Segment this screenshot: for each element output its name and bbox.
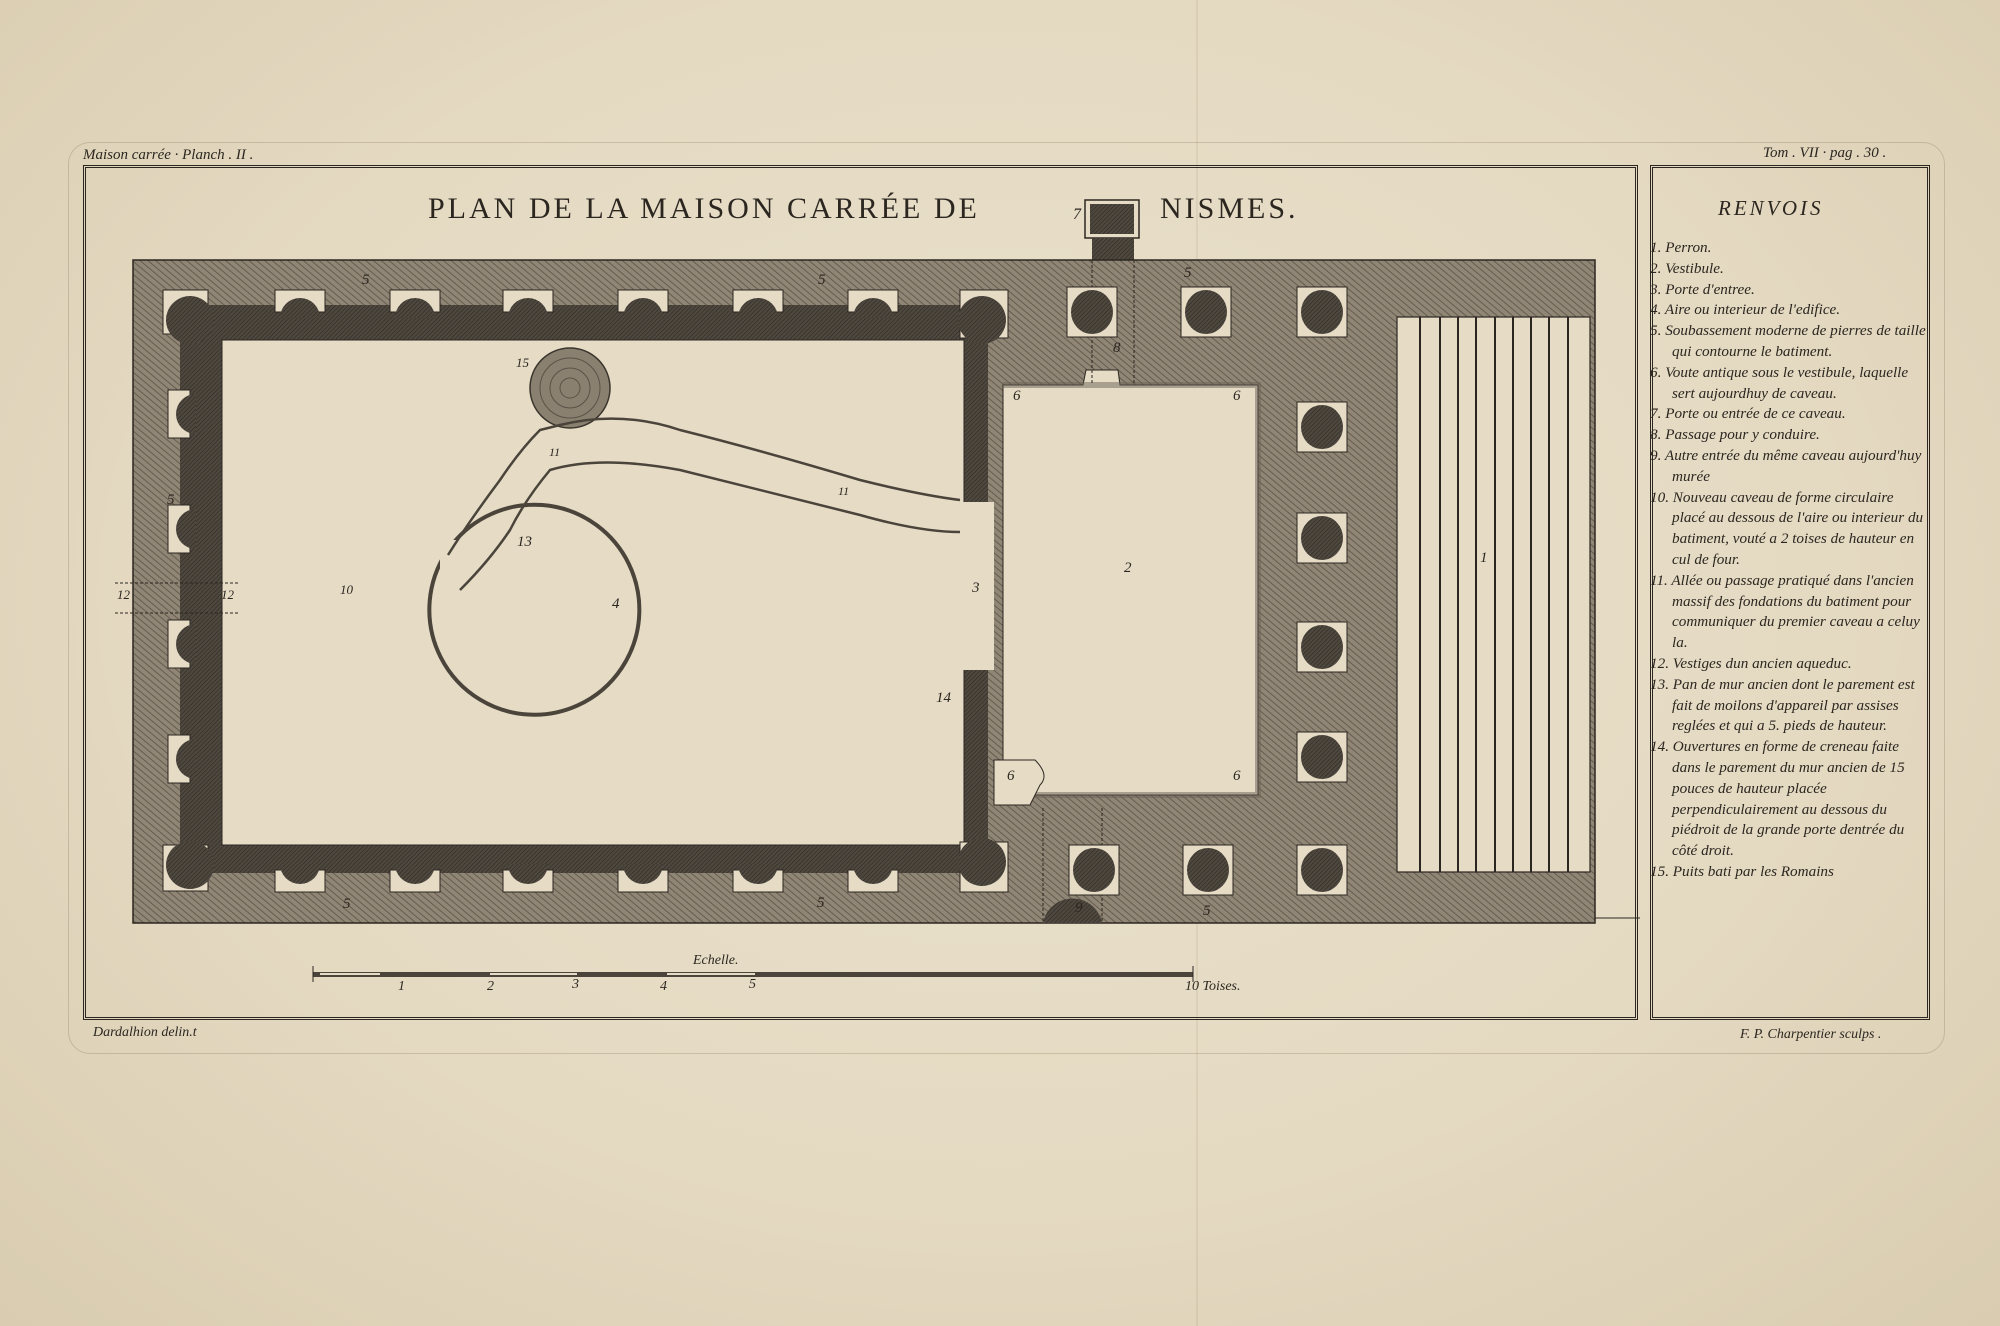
label-12-outer: 12: [117, 587, 130, 603]
engraver-credit: F. P. Charpentier sculps .: [1740, 1027, 1881, 1043]
renvois-title: RENVOIS: [1718, 196, 1824, 221]
label-6-bl: 6: [1007, 768, 1015, 785]
label-8: 8: [1113, 340, 1121, 357]
renvois-item: 13. Pan de mur ancien dont le parement e…: [1650, 675, 1930, 737]
label-2: 2: [1124, 560, 1132, 577]
label-11b: 11: [838, 484, 849, 499]
label-1: 1: [1480, 550, 1488, 567]
label-9: 9: [1075, 900, 1083, 917]
scale-end-label: 10 Toises.: [1185, 979, 1241, 995]
label-10: 10: [340, 582, 353, 598]
label-6-br: 6: [1233, 768, 1241, 785]
draughtsman-credit: Dardalhion delin.t: [93, 1025, 197, 1041]
label-5-bottom3: 5: [1203, 903, 1211, 920]
renvois-item: 11. Allée ou passage pratiqué dans l'anc…: [1650, 571, 1930, 654]
label-13: 13: [517, 534, 532, 551]
renvois-item: 10. Nouveau caveau de forme circulaire p…: [1650, 488, 1930, 571]
renvois-item: 5. Soubassement moderne de pierres de ta…: [1650, 321, 1930, 363]
label-5-left: 5: [167, 492, 175, 509]
scale-tick-1: 1: [398, 979, 405, 995]
renvois-list: 1. Perron. 2. Vestibule. 3. Porte d'entr…: [1650, 238, 1930, 883]
renvois-item: 8. Passage pour y conduire.: [1650, 425, 1930, 446]
label-12-inner: 12: [221, 587, 234, 603]
label-5-top: 5: [362, 272, 370, 289]
label-15: 15: [516, 355, 529, 371]
renvois-item: 6. Voute antique sous le vestibule, laqu…: [1650, 363, 1930, 405]
renvois-item: 1. Perron.: [1650, 238, 1930, 259]
label-3: 3: [972, 580, 980, 597]
scale-tick-4: 4: [660, 979, 667, 995]
scale-title: Echelle.: [693, 953, 738, 969]
label-6-tl: 6: [1013, 388, 1021, 405]
renvois-item: 9. Autre entrée du même caveau aujourd'h…: [1650, 446, 1930, 488]
scale-tick-3: 3: [572, 977, 579, 993]
label-6-tr: 6: [1233, 388, 1241, 405]
label-5-bottom: 5: [343, 896, 351, 913]
renvois-item: 15. Puits bati par les Romains: [1650, 862, 1930, 883]
renvois-item: 12. Vestiges dun ancien aqueduc.: [1650, 654, 1930, 675]
label-5-top2: 5: [818, 272, 826, 289]
scale-tick-5: 5: [749, 977, 756, 993]
label-14: 14: [936, 690, 951, 707]
renvois-item: 7. Porte ou entrée de ce caveau.: [1650, 404, 1930, 425]
label-5-bottom2: 5: [817, 895, 825, 912]
scale-tick-2: 2: [487, 979, 494, 995]
label-5-top3: 5: [1184, 265, 1192, 282]
renvois-item: 2. Vestibule.: [1650, 259, 1930, 280]
label-4: 4: [612, 596, 620, 613]
label-11a: 11: [549, 445, 560, 460]
renvois-item: 14. Ouvertures en forme de creneau faite…: [1650, 737, 1930, 862]
renvois-item: 3. Porte d'entree.: [1650, 280, 1930, 301]
renvois-item: 4. Aire ou interieur de l'edifice.: [1650, 300, 1930, 321]
